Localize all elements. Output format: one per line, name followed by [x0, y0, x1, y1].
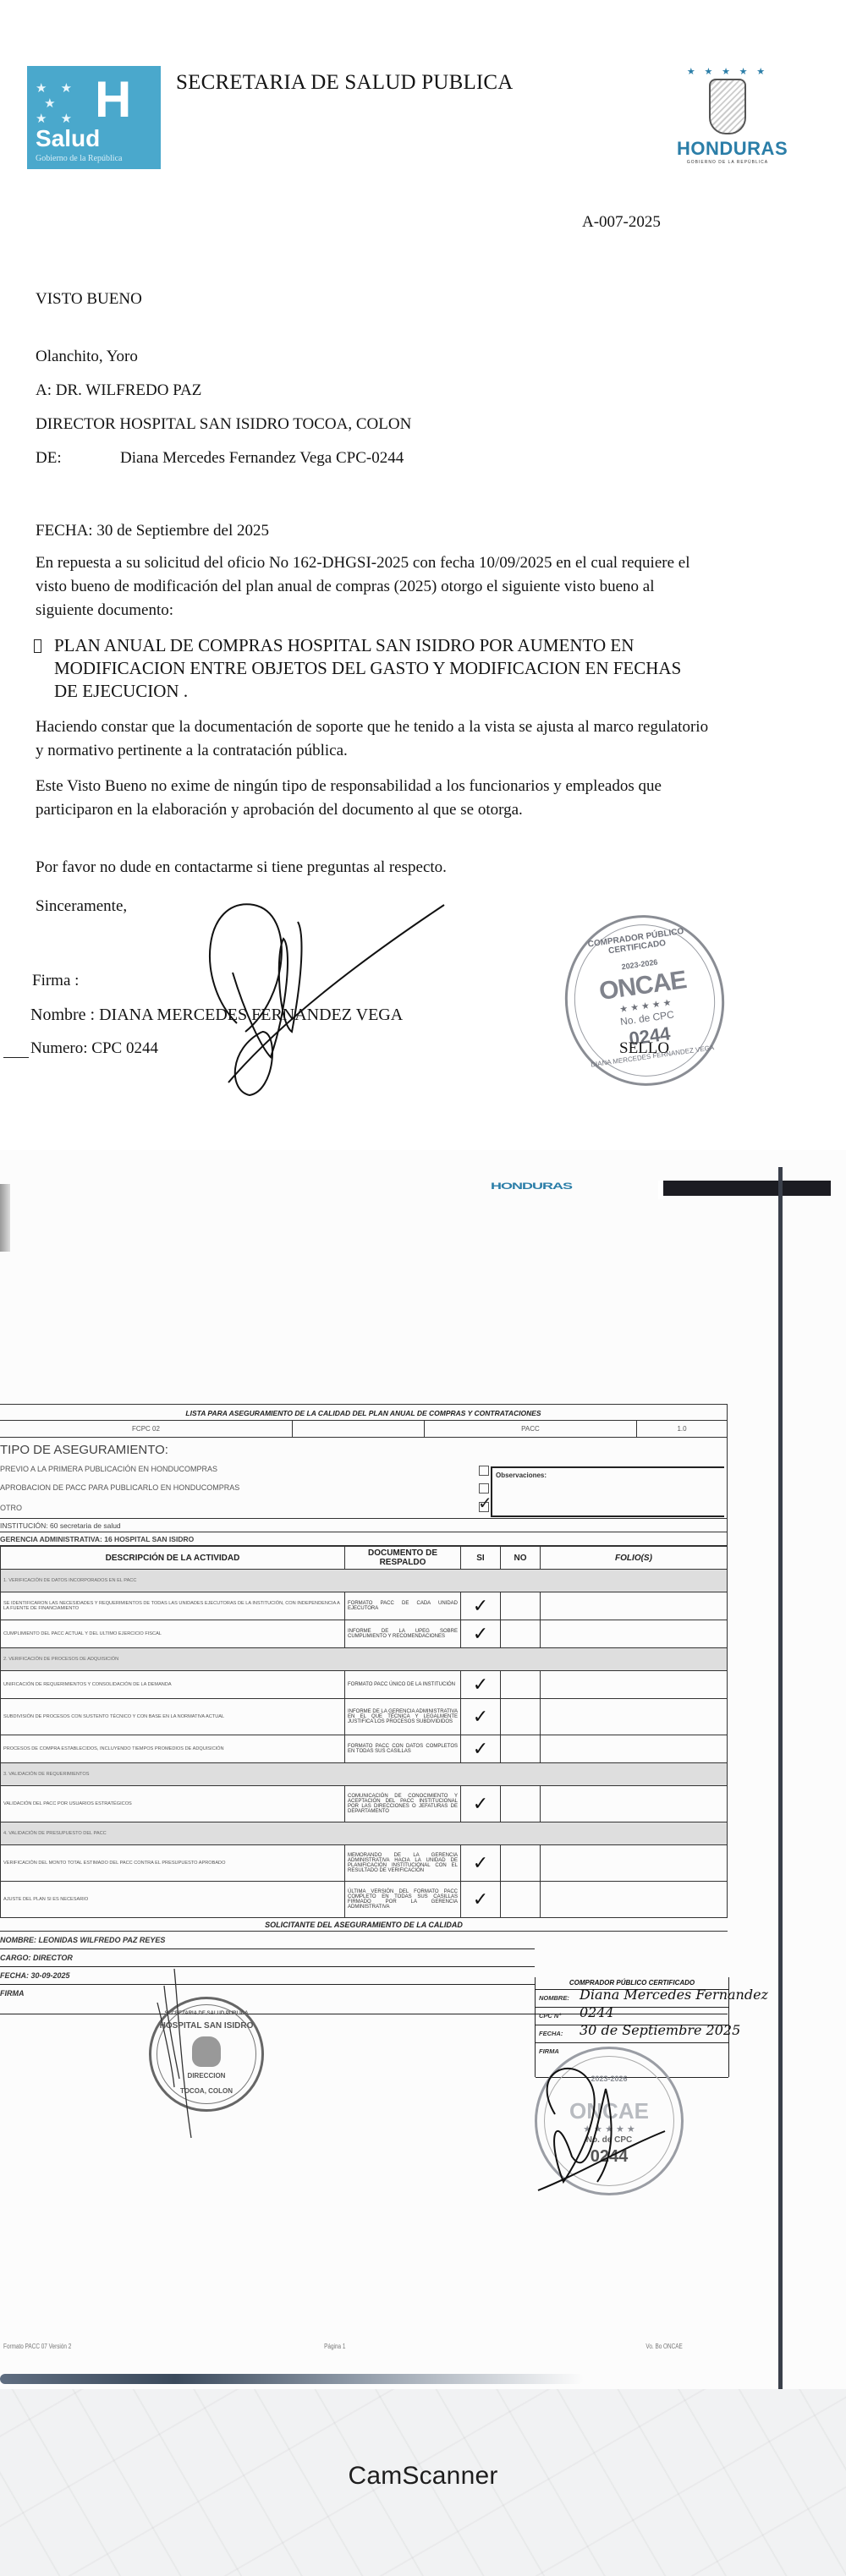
support-document: INFORME DE LA UPEG SOBRE CUMPLIMIENTO Y …	[345, 1620, 461, 1648]
section-title: 3. VALIDACIÓN DE REQUERIMIENTOS	[1, 1763, 728, 1786]
app-footer: CamScanner	[0, 2389, 846, 2576]
col-support-document: DOCUMENTO DE RESPALDO	[345, 1547, 461, 1570]
col-description: DESCRIPCIÓN DE LA ACTIVIDAD	[1, 1547, 345, 1570]
table-body: 1. VERIFICACIÓN DE DATOS INCORPORADOS EN…	[1, 1570, 728, 1918]
quality-checklist-form: LISTA PARA ASEGURAMIENTO DE LA CALIDAD D…	[0, 1404, 728, 2014]
table-row: VERIFICACIÓN DEL MONTO TOTAL ESTIMADO DE…	[1, 1845, 728, 1882]
form-meta-row: FCPC 02 PACC 1.0	[0, 1421, 728, 1438]
table-row: PROCESOS DE COMPRA ESTABLECIDOS, INCLUYE…	[1, 1735, 728, 1763]
checkbox-otro[interactable]: ✓	[479, 1502, 489, 1512]
col-no: NO	[501, 1547, 541, 1570]
support-document: FORMATO PACC CON DATOS COMPLETOS EN TODA…	[345, 1735, 461, 1763]
table-section-row: 3. VALIDACIÓN DE REQUERIMIENTOS	[1, 1763, 728, 1786]
signature-label: Firma :	[32, 969, 79, 993]
support-document: MEMORANDO DE LA GERENCIA ADMINISTRATIVA …	[345, 1845, 461, 1882]
underline-stroke	[3, 1057, 29, 1058]
cpc-number-label: CPC N°	[539, 2012, 561, 2020]
yes-cell[interactable]: ✓	[461, 1735, 501, 1763]
folio-cell[interactable]	[541, 1845, 728, 1882]
activity-table: DESCRIPCIÓN DE LA ACTIVIDAD DOCUMENTO DE…	[0, 1546, 728, 1918]
stars-icon: ★ ★ ★★ ★	[36, 81, 95, 132]
activity-description: CUMPLIMIENTO DEL PACC ACTUAL Y DEL ULTIM…	[1, 1620, 345, 1648]
footer-page-number: Página 1	[324, 2343, 345, 2350]
activity-description: VERIFICACIÓN DEL MONTO TOTAL ESTIMADO DE…	[1, 1845, 345, 1882]
handwritten-date: 30 de Septiembre 2025	[580, 2022, 740, 2039]
folio-cell[interactable]	[541, 1699, 728, 1735]
yes-cell[interactable]: ✓	[461, 1592, 501, 1620]
yes-cell[interactable]: ✓	[461, 1699, 501, 1735]
certified-buyer-date-row: FECHA:30 de Septiembre 2025	[536, 2025, 728, 2042]
yes-cell[interactable]: ✓	[461, 1882, 501, 1918]
assurance-option-label: PREVIO A LA PRIMERA PUBLICACIÓN EN HONDU…	[0, 1465, 217, 1473]
scan-edge	[658, 1181, 831, 1196]
table-header-row: DESCRIPCIÓN DE LA ACTIVIDAD DOCUMENTO DE…	[1, 1547, 728, 1570]
no-cell[interactable]	[501, 1882, 541, 1918]
requester-date: FECHA: 30-09-2025	[0, 1967, 535, 1985]
activity-description: SUBDIVISIÓN DE PROCESOS CON SUSTENTO TÉC…	[1, 1699, 345, 1735]
support-document: INFORME DE LA GERENCIA ADMINISTRATIVA EN…	[345, 1699, 461, 1735]
name-label: NOMBRE:	[539, 1994, 569, 2002]
form-meta-blank	[293, 1421, 425, 1437]
paragraph-compliance: Haciendo constar que la documentación de…	[36, 715, 712, 763]
table-row: CUMPLIMIENTO DEL PACC ACTUAL Y DEL ULTIM…	[1, 1620, 728, 1648]
app-brand: CamScanner	[0, 2462, 846, 2491]
checkbox-previo[interactable]	[479, 1466, 489, 1476]
assurance-type-section: TIPO DE ASEGURAMIENTO: PREVIO A LA PRIME…	[0, 1438, 728, 1519]
folio-cell[interactable]	[541, 1882, 728, 1918]
signature-icon	[195, 896, 448, 1099]
signature-icon	[149, 1969, 200, 2138]
paragraph-contact: Por favor no dude en contactarme si tien…	[36, 856, 712, 880]
salud-logo-word: Salud	[36, 125, 100, 152]
form-code: FCPC 02	[0, 1421, 293, 1437]
honduras-logo-subtitle: GOBIERNO DE LA REPÚBLICA	[677, 160, 778, 165]
no-cell[interactable]	[501, 1845, 541, 1882]
folio-cell[interactable]	[541, 1735, 728, 1763]
institution: INSTITUCIÓN: 60 secretaria de salud	[0, 1519, 728, 1532]
activity-description: UNIFICACIÓN DE REQUERIMIENTOS Y CONSOLID…	[1, 1671, 345, 1699]
table-section-row: 1. VERIFICACIÓN DE DATOS INCORPORADOS EN…	[1, 1570, 728, 1592]
date-label: FECHA:	[539, 2030, 563, 2037]
table-row: SE IDENTIFICARON LAS NECESIDADES Y REQUE…	[1, 1592, 728, 1620]
scan-edge	[0, 2374, 584, 2384]
stars-icon: ★ ★ ★ ★ ★	[677, 66, 778, 77]
coat-of-arms-icon	[709, 79, 746, 134]
yes-cell[interactable]: ✓	[461, 1786, 501, 1822]
support-document: ÚLTIMA VERSIÓN DEL FORMATO PACC COMPLETO…	[345, 1882, 461, 1918]
signer-number: Numero: CPC 0244	[30, 1037, 158, 1061]
signature-label: FIRMA	[539, 2047, 559, 2055]
form-version: 1.0	[637, 1421, 727, 1437]
col-yes: SI	[461, 1547, 501, 1570]
requester-title: SOLICITANTE DEL ASEGURAMIENTO DE LA CALI…	[0, 1918, 728, 1932]
no-cell[interactable]	[501, 1592, 541, 1620]
certified-buyer-name-row: NOMBRE:Diana Mercedes Fernandez	[536, 1989, 728, 2007]
date-line: FECHA: 30 de Septiembre del 2025	[36, 519, 269, 543]
hospital-h-icon: H	[95, 74, 131, 125]
table-row: AJUSTE DEL PLAN SI ES NECESARIOÚLTIMA VE…	[1, 1882, 728, 1918]
footer-approval: Vo. Bo ONCAE	[645, 2343, 682, 2350]
scan-edge	[0, 1184, 10, 1252]
table-row: VALIDACIÓN DEL PACC POR USUARIOS ESTRATÉ…	[1, 1786, 728, 1822]
folio-cell[interactable]	[541, 1671, 728, 1699]
folio-cell[interactable]	[541, 1620, 728, 1648]
assurance-option-label: APROBACION DE PACC PARA PUBLICARLO EN HO…	[0, 1483, 239, 1492]
closing: Sinceramente,	[36, 895, 127, 918]
recipient: A: DR. WILFREDO PAZ	[36, 379, 201, 403]
observations-box[interactable]: Observaciones:	[491, 1466, 724, 1517]
footer-form-version: Formato PACC 07 Versión 2	[3, 2343, 71, 2350]
no-cell[interactable]	[501, 1786, 541, 1822]
no-cell[interactable]	[501, 1620, 541, 1648]
paragraph-request: En repuesta a su solicitud del oficio No…	[36, 551, 712, 622]
document-heading: VISTO BUENO	[36, 288, 142, 311]
table-section-row: 2. VERIFICACIÓN DE PROCESOS DE ADQUISICI…	[1, 1648, 728, 1671]
signature-icon	[521, 2055, 690, 2199]
sender: Diana Mercedes Fernandez Vega CPC-0244	[120, 447, 404, 470]
activity-description: SE IDENTIFICARON LAS NECESIDADES Y REQUE…	[1, 1592, 345, 1620]
recipient-title: DIRECTOR HOSPITAL SAN ISIDRO TOCOA, COLO…	[36, 413, 411, 436]
place: Olanchito, Yoro	[36, 345, 138, 369]
table-section-row: 4. VALIDACIÓN DE PRESUPUESTO DEL PACC	[1, 1822, 728, 1845]
yes-cell[interactable]: ✓	[461, 1620, 501, 1648]
requester-name: NOMBRE: LEONIDAS WILFREDO PAZ REYES	[0, 1932, 535, 1949]
page-2-checklist: HONDURAS LISTA PARA ASEGURAMIENTO DE LA …	[0, 1150, 846, 2389]
support-document: FORMATO PACC ÚNICO DE LA INSTITUCIÓN	[345, 1671, 461, 1699]
table-row: SUBDIVISIÓN DE PROCESOS CON SUSTENTO TÉC…	[1, 1699, 728, 1735]
salud-logo: ★ ★ ★★ ★ H Salud Gobierno de la Repúblic…	[27, 66, 161, 169]
bullet-icon	[34, 639, 57, 656]
salud-logo-subtitle: Gobierno de la República	[36, 154, 122, 163]
approved-document: PLAN ANUAL DE COMPRAS HOSPITAL SAN ISIDR…	[54, 634, 706, 703]
requester-role: CARGO: DIRECTOR	[0, 1949, 535, 1967]
no-cell[interactable]	[501, 1671, 541, 1699]
no-cell[interactable]	[501, 1699, 541, 1735]
activity-description: PROCESOS DE COMPRA ESTABLECIDOS, INCLUYE…	[1, 1735, 345, 1763]
page-1-visto-bueno: ★ ★ ★★ ★ H Salud Gobierno de la Repúblic…	[0, 0, 846, 1150]
handwritten-name: Diana Mercedes Fernandez	[580, 1987, 768, 2003]
support-document: COMUNICACIÓN DE CONOCIMIENTO Y ACEPTACIÓ…	[345, 1786, 461, 1822]
sender-label: DE:	[36, 447, 62, 470]
honduras-logo: ★ ★ ★ ★ ★ HONDURAS GOBIERNO DE LA REPÚBL…	[677, 66, 778, 176]
section-title: 2. VERIFICACIÓN DE PROCESOS DE ADQUISICI…	[1, 1648, 728, 1671]
yes-cell[interactable]: ✓	[461, 1671, 501, 1699]
support-document: FORMATO PACC DE CADA UNIDAD EJECUTORA	[345, 1592, 461, 1620]
folio-cell[interactable]	[541, 1592, 728, 1620]
activity-description: AJUSTE DEL PLAN SI ES NECESARIO	[1, 1882, 345, 1918]
folio-cell[interactable]	[541, 1786, 728, 1822]
form-type: PACC	[425, 1421, 637, 1437]
scan-edge	[778, 1167, 783, 2410]
honduras-logo-word: HONDURAS	[677, 138, 778, 160]
table-row: UNIFICACIÓN DE REQUERIMIENTOS Y CONSOLID…	[1, 1671, 728, 1699]
yes-cell[interactable]: ✓	[461, 1845, 501, 1882]
management: GERENCIA ADMINISTRATIVA: 16 HOSPITAL SAN…	[0, 1532, 728, 1546]
assurance-type-label: TIPO DE ASEGURAMIENTO:	[0, 1443, 168, 1457]
form-title: LISTA PARA ASEGURAMIENTO DE LA CALIDAD D…	[0, 1404, 728, 1421]
honduras-logo-fragment: HONDURAS	[491, 1181, 572, 1192]
assurance-option-label: OTRO	[0, 1504, 22, 1512]
section-title: 1. VERIFICACIÓN DE DATOS INCORPORADOS EN…	[1, 1570, 728, 1592]
document-code: A-007-2025	[582, 213, 661, 232]
paragraph-disclaimer: Este Visto Bueno no exime de ningún tipo…	[36, 775, 712, 822]
no-cell[interactable]	[501, 1735, 541, 1763]
page-title: SECRETARIA DE SALUD PUBLICA	[176, 71, 514, 95]
section-title: 4. VALIDACIÓN DE PRESUPUESTO DEL PACC	[1, 1822, 728, 1845]
col-folio: FOLIO(S)	[541, 1547, 728, 1570]
scan-edge	[658, 1181, 663, 1199]
seal-label: SELLO	[619, 1037, 669, 1061]
cpc-stamp: COMPRADOR PÚBLICO CERTIFICADO 2023-2026 …	[554, 905, 735, 1096]
handwritten-cpc-number: 0244	[580, 2004, 614, 2021]
activity-description: VALIDACIÓN DEL PACC POR USUARIOS ESTRATÉ…	[1, 1786, 345, 1822]
